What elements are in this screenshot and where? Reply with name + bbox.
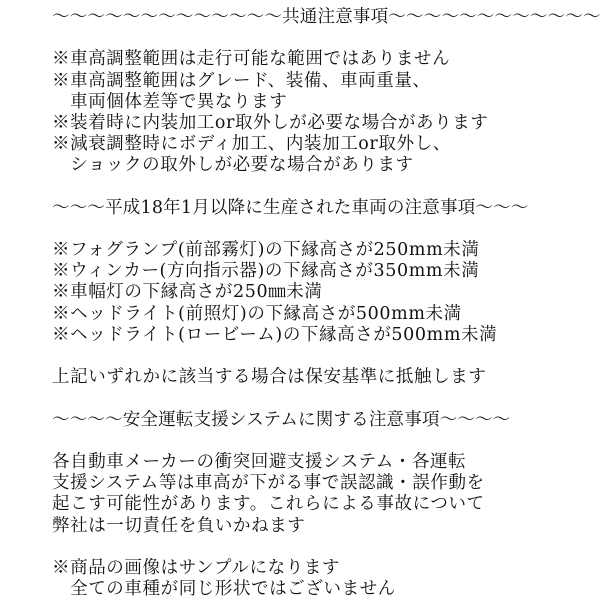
spacer bbox=[52, 28, 600, 49]
note-line: ※車高調整範囲は走行可能な範囲ではありません bbox=[52, 49, 600, 70]
spacer bbox=[52, 346, 600, 367]
note-line: 支援システム等は車高が下がる事で誤認識・誤作動を bbox=[52, 473, 600, 494]
note-line: 全ての車種が同じ形状ではございません bbox=[52, 579, 600, 600]
section-heading-common: ～～～～～～～～～～～～～共通注意事項～～～～～～～～～～～～～ bbox=[52, 7, 600, 28]
safety-standard-statement: 上記いずれかに該当する場合は保安基準に抵触します bbox=[52, 367, 600, 388]
spacer bbox=[52, 219, 600, 240]
note-line: ※装着時に内装加工or取外しが必要な場合があります bbox=[52, 113, 600, 134]
section-heading-h18-vehicles: ～～～平成18年1月以降に生産された車両の注意事項～～～ bbox=[52, 198, 600, 219]
note-line: ※ウィンカー(方向指示器)の下縁高さが350mm未満 bbox=[52, 261, 600, 282]
notice-document: ～～～～～～～～～～～～～共通注意事項～～～～～～～～～～～～～ ※車高調整範囲… bbox=[52, 7, 600, 600]
note-line: ※減衰調整時にボディ加工、内装加工or取外し、 bbox=[52, 134, 600, 155]
spacer bbox=[52, 537, 600, 558]
note-line: ※フォグランプ(前部霧灯)の下縁高さが250mm未満 bbox=[52, 240, 600, 261]
section-heading-driving-assist: ～～～～安全運転支援システムに関する注意事項～～～～ bbox=[52, 410, 600, 431]
note-line: ※商品の画像はサンプルになります bbox=[52, 558, 600, 579]
note-line: 各自動車メーカーの衝突回避支援システム・各運転 bbox=[52, 452, 600, 473]
spacer bbox=[52, 431, 600, 452]
note-line: ※ヘッドライト(前照灯)の下縁高さが500mm未満 bbox=[52, 304, 600, 325]
spacer bbox=[52, 177, 600, 198]
note-line: ※ヘッドライト(ロービーム)の下縁高さが500mm未満 bbox=[52, 325, 600, 346]
note-line: 起こす可能性があります。これらによる事故について bbox=[52, 494, 600, 515]
note-line: ※車高調整範囲はグレード、装備、車両重量、 bbox=[52, 71, 600, 92]
note-line: ショックの取外しが必要な場合があります bbox=[52, 155, 600, 176]
spacer bbox=[52, 388, 600, 409]
note-line: 車両個体差等で異なります bbox=[52, 92, 600, 113]
note-line: ※車幅灯の下縁高さが250㎜未満 bbox=[52, 282, 600, 303]
note-line: 弊社は一切責任を負いかねます bbox=[52, 516, 600, 537]
